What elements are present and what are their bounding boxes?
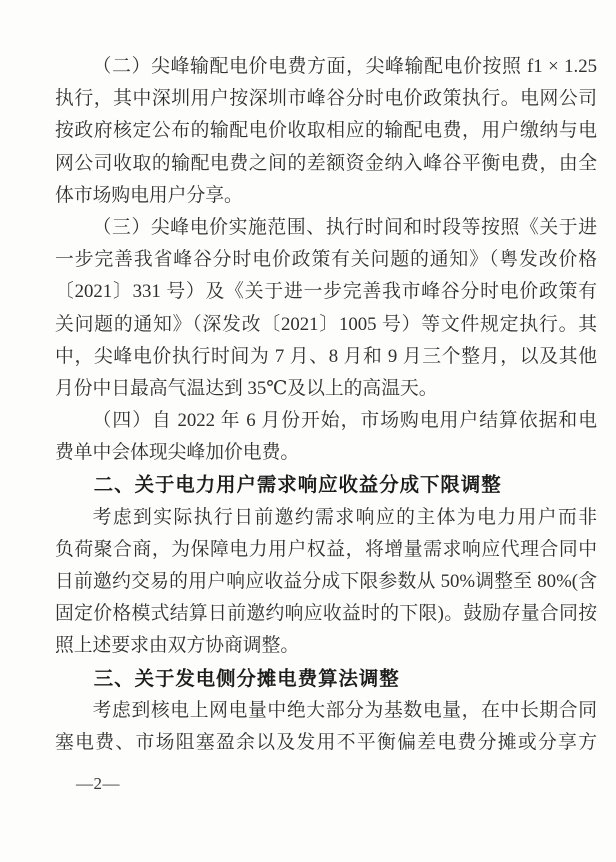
paragraph-line: 网公司收取的输配电费之间的差额资金纳入峰谷平衡电费，由全 (55, 148, 597, 180)
paragraph-line: 一步完善我省峰谷分时电价政策有关问题的通知》（粤发改价格 (55, 244, 597, 276)
section-heading: 二、关于电力用户需求响应收益分成下限调整 (55, 469, 597, 501)
document-body: （二）尖峰输配电价电费方面，尖峰输配电价按照 f1 × 1.25执行，其中深圳用… (55, 51, 597, 759)
paragraph-line: 负荷聚合商，为保障电力用户权益，将增量需求响应代理合同中 (55, 534, 597, 566)
paragraph-line: 〔2021〕331 号）及《关于进一步完善我市峰谷分时电价政策有 (55, 276, 597, 308)
paragraph-line: 固定价格模式结算日前邀约响应收益时的下限)。鼓励存量合同按 (55, 598, 597, 630)
document-page: （二）尖峰输配电价电费方面，尖峰输配电价按照 f1 × 1.25执行，其中深圳用… (0, 0, 616, 862)
paragraph-line: 按政府核定公布的输配电价收取相应的输配电费，用户缴纳与电 (55, 115, 597, 147)
paragraph-line: （四）自 2022 年 6 月份开始，市场购电用户结算依据和电 (55, 405, 597, 437)
paragraph-line: 考虑到核电上网电量中绝大部分为基数电量，在中长期合同阻 (55, 695, 597, 727)
paragraph-line: 照上述要求由双方协商调整。 (55, 630, 597, 662)
paragraph-line: 塞电费、市场阻塞盈余以及发用不平衡偏差电费分摊或分享方面， (55, 727, 597, 759)
paragraph-line: 考虑到实际执行日前邀约需求响应的主体为电力用户而非 (55, 502, 597, 534)
paragraph-line: 中，尖峰电价执行时间为 7 月、8 月和 9 月三个整月，以及其他 (55, 341, 597, 373)
paragraph-line: （二）尖峰输配电价电费方面，尖峰输配电价按照 f1 × 1.25 (55, 51, 597, 83)
paragraph-line: 体市场购电用户分享。 (55, 180, 597, 212)
paragraph-line: （三）尖峰电价实施范围、执行时间和时段等按照《关于进 (55, 212, 597, 244)
paragraph-line: 关问题的通知》（深发改〔2021〕1005 号）等文件规定执行。其 (55, 309, 597, 341)
page-number: —2— (76, 773, 120, 795)
paragraph-line: 费单中会体现尖峰加价电费。 (55, 437, 597, 469)
section-heading: 三、关于发电侧分摊电费算法调整 (55, 663, 597, 695)
paragraph-line: 月份中日最高气温达到 35℃及以上的高温天。 (55, 373, 597, 405)
paragraph-line: 日前邀约交易的用户响应收益分成下限参数从 50%调整至 80%(含 (55, 566, 597, 598)
paragraph-line: 执行，其中深圳用户按深圳市峰谷分时电价政策执行。电网公司 (55, 83, 597, 115)
